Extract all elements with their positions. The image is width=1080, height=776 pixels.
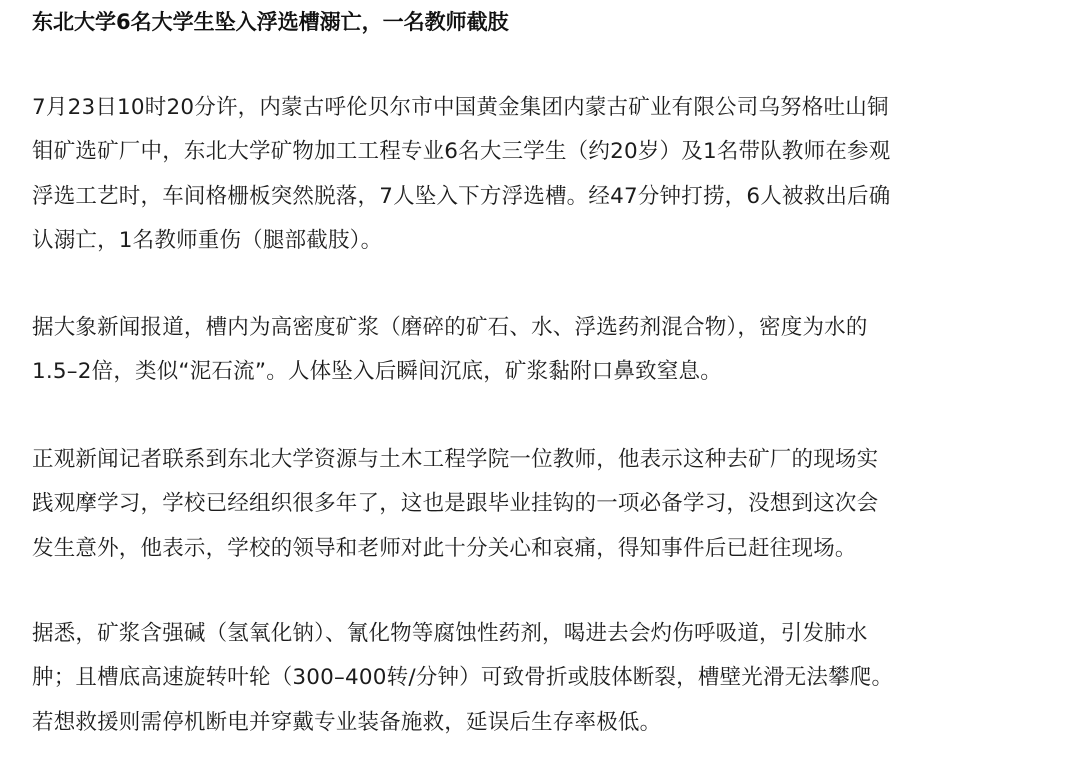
paragraph-line: 1.5–2倍，类似“泥石流”。人体坠入后瞬间沉底，矿浆黏附口鼻致窒息。	[32, 350, 1062, 394]
article-title: 东北大学6名大学生坠入浮选槽溺亡，一名教师截肢	[32, 6, 509, 38]
paragraph-slurry-report: 据大象新闻报道，槽内为高密度矿浆（磨碎的矿石、水、浮选药剂混合物），密度为水的 …	[32, 306, 1062, 395]
paragraph-hazards: 据悉，矿浆含强碱（氢氧化钠）、氰化物等腐蚀性药剂，喝进去会灼伤呼吸道，引发肺水 …	[32, 612, 1062, 745]
paragraph-line: 认溺亡，1名教师重伤（腿部截肢）。	[32, 219, 1062, 263]
paragraph-line: 践观摩学习，学校已经组织很多年了，这也是跟毕业挂钩的一项必备学习，没想到这次会	[32, 482, 1062, 526]
paragraph-line: 肿；且槽底高速旋转叶轮（300–400转/分钟）可致骨折或肢体断裂，槽壁光滑无法…	[32, 656, 1062, 700]
paragraph-line: 钼矿选矿厂中，东北大学矿物加工工程专业6名大三学生（约20岁）及1名带队教师在参…	[32, 130, 1062, 174]
paragraph-line: 7月23日10时20分许，内蒙古呼伦贝尔市中国黄金集团内蒙古矿业有限公司乌努格吐…	[32, 86, 1062, 130]
paragraph-teacher-statement: 正观新闻记者联系到东北大学资源与土木工程学院一位教师，他表示这种去矿厂的现场实 …	[32, 438, 1062, 571]
paragraph-line: 据大象新闻报道，槽内为高密度矿浆（磨碎的矿石、水、浮选药剂混合物），密度为水的	[32, 306, 1062, 350]
paragraph-line: 浮选工艺时，车间格栅板突然脱落，7人坠入下方浮选槽。经47分钟打捞，6人被救出后…	[32, 175, 1062, 219]
paragraph-line: 正观新闻记者联系到东北大学资源与土木工程学院一位教师，他表示这种去矿厂的现场实	[32, 438, 1062, 482]
paragraph-line: 发生意外，他表示，学校的领导和老师对此十分关心和哀痛，得知事件后已赶往现场。	[32, 527, 1062, 571]
paragraph-incident: 7月23日10时20分许，内蒙古呼伦贝尔市中国黄金集团内蒙古矿业有限公司乌努格吐…	[32, 86, 1062, 263]
paragraph-line: 若想救援则需停机断电并穿戴专业装备施救，延误后生存率极低。	[32, 701, 1062, 745]
paragraph-line: 据悉，矿浆含强碱（氢氧化钠）、氰化物等腐蚀性药剂，喝进去会灼伤呼吸道，引发肺水	[32, 612, 1062, 656]
